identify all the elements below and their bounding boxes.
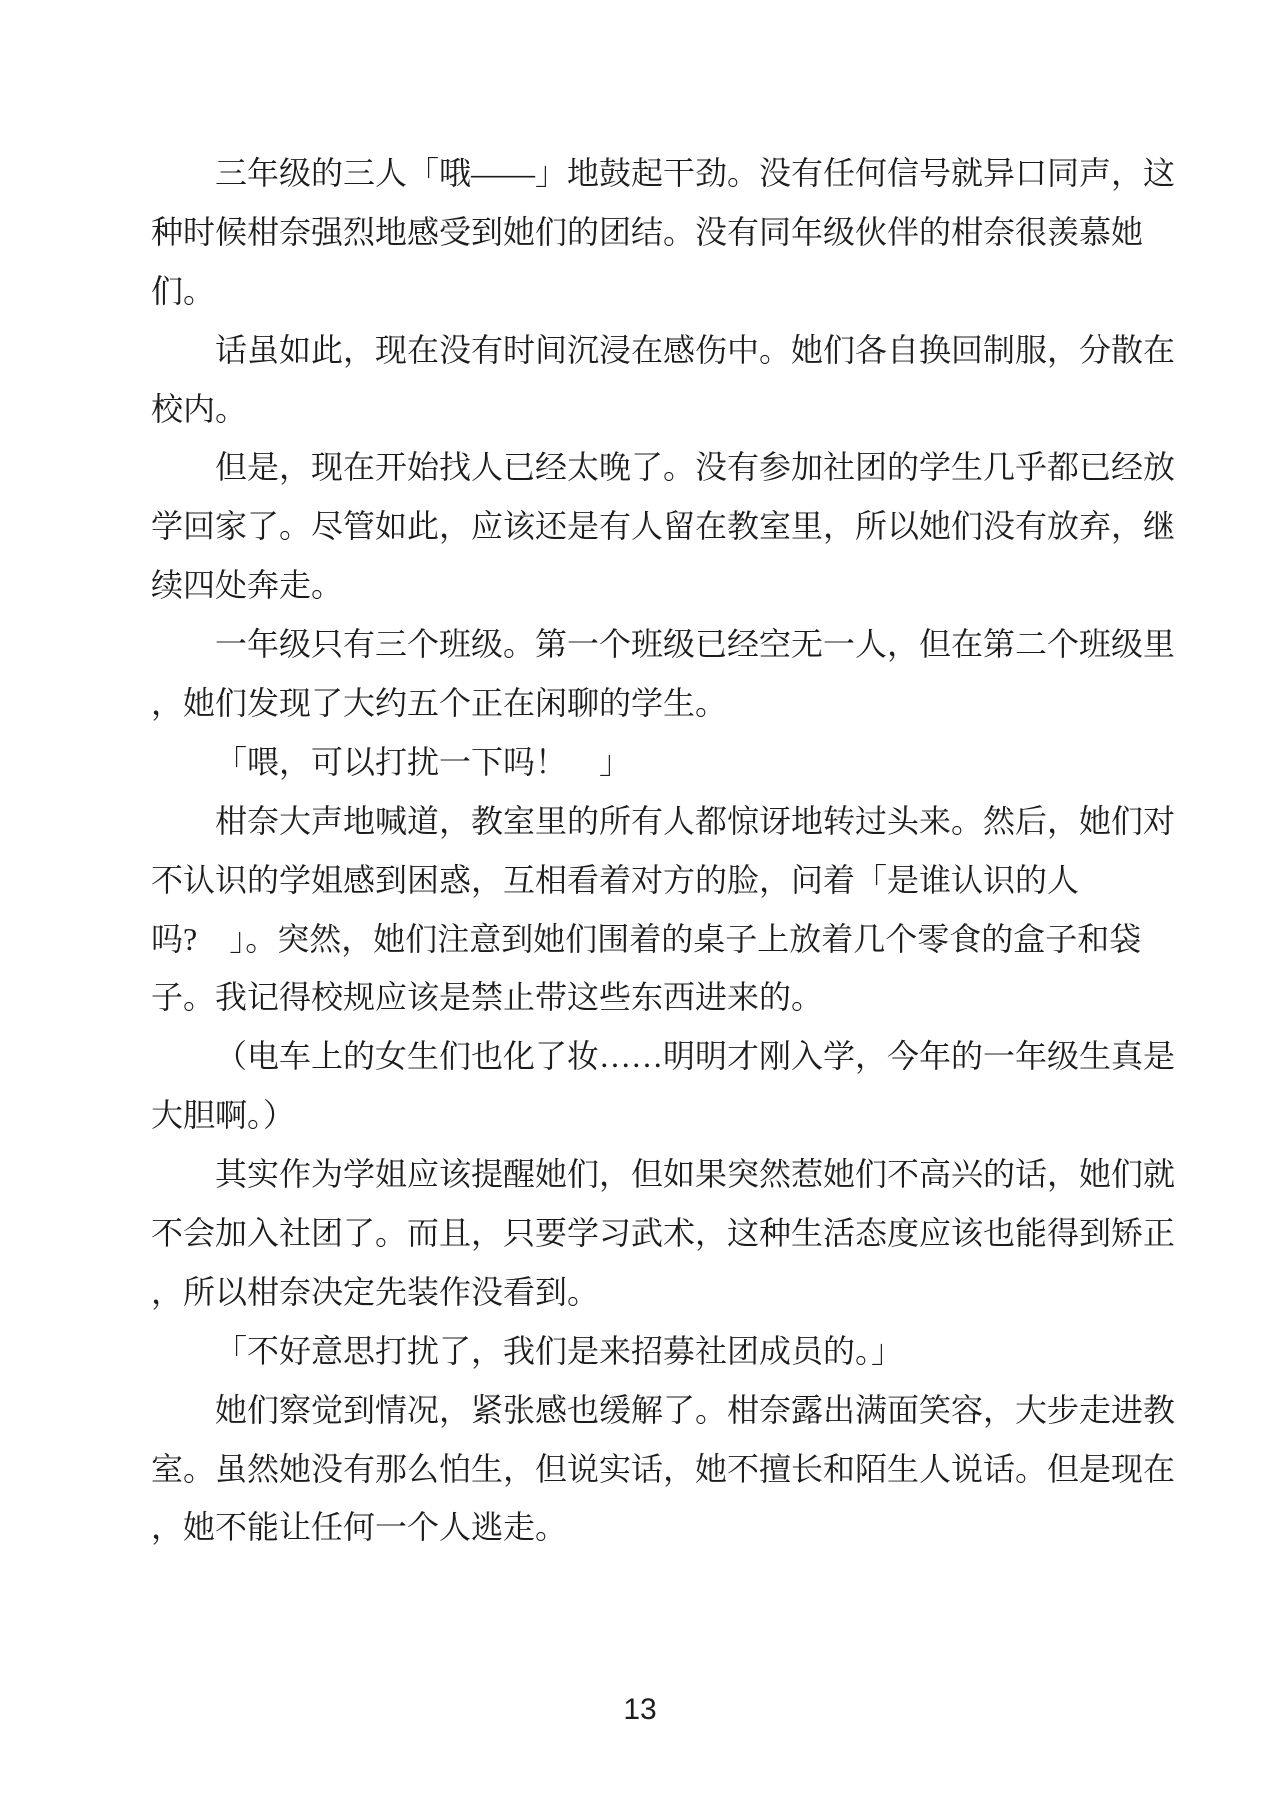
text-line: ，她们发现了大约五个正在闲聊的学生。	[151, 674, 1191, 733]
text-line: 续四处奔走。	[151, 556, 1191, 615]
text-line: 校内。	[151, 380, 1191, 439]
text-line: 大胆啊。）	[151, 1086, 1191, 1145]
text-line: 不会加入社团了。而且，只要学习武术，这种生活态度应该也能得到矫正	[151, 1204, 1191, 1263]
text-line: 种时候柑奈强烈地感受到她们的团结。没有同年级伙伴的柑奈很羡慕她	[151, 203, 1191, 262]
text-line: （电车上的女生们也化了妆……明明才刚入学，今年的一年级生真是	[151, 1027, 1191, 1086]
text-line: 她们察觉到情况，紧张感也缓解了。柑奈露出满面笑容，大步走进教	[151, 1381, 1191, 1440]
text-line: 「不好意思打扰了，我们是来招募社团成员的。」	[151, 1322, 1191, 1381]
text-line: 子。我记得校规应该是禁止带这些东西进来的。	[151, 968, 1191, 1027]
text-line: 三年级的三人「哦——」地鼓起干劲。没有任何信号就异口同声，这	[151, 144, 1191, 203]
document-page: 三年级的三人「哦——」地鼓起干劲。没有任何信号就异口同声，这种时候柑奈强烈地感受…	[0, 0, 1280, 1810]
page-number: 13	[0, 1692, 1280, 1728]
text-line: 吗? 」。突然，她们注意到她们围着的桌子上放着几个零食的盒子和袋	[151, 910, 1191, 969]
text-line: 学回家了。尽管如此，应该还是有人留在教室里，所以她们没有放弃，继	[151, 497, 1191, 556]
text-line: ，所以柑奈决定先装作没看到。	[151, 1263, 1191, 1322]
text-line: ，她不能让任何一个人逃走。	[151, 1498, 1191, 1557]
text-line: 话虽如此，现在没有时间沉浸在感伤中。她们各自换回制服，分散在	[151, 321, 1191, 380]
body-text: 三年级的三人「哦——」地鼓起干劲。没有任何信号就异口同声，这种时候柑奈强烈地感受…	[151, 144, 1191, 1557]
text-line: 「喂，可以打扰一下吗！ 」	[151, 733, 1191, 792]
text-line: 室。虽然她没有那么怕生，但说实话，她不擅长和陌生人说话。但是现在	[151, 1440, 1191, 1499]
text-line: 不认识的学姐感到困惑，互相看着对方的脸，问着「是谁认识的人	[151, 851, 1191, 910]
text-line: 但是，现在开始找人已经太晚了。没有参加社团的学生几乎都已经放	[151, 438, 1191, 497]
text-line: 柑奈大声地喊道，教室里的所有人都惊讶地转过头来。然后，她们对	[151, 792, 1191, 851]
text-line: 们。	[151, 262, 1191, 321]
text-line: 其实作为学姐应该提醒她们，但如果突然惹她们不高兴的话，她们就	[151, 1145, 1191, 1204]
text-line: 一年级只有三个班级。第一个班级已经空无一人，但在第二个班级里	[151, 615, 1191, 674]
